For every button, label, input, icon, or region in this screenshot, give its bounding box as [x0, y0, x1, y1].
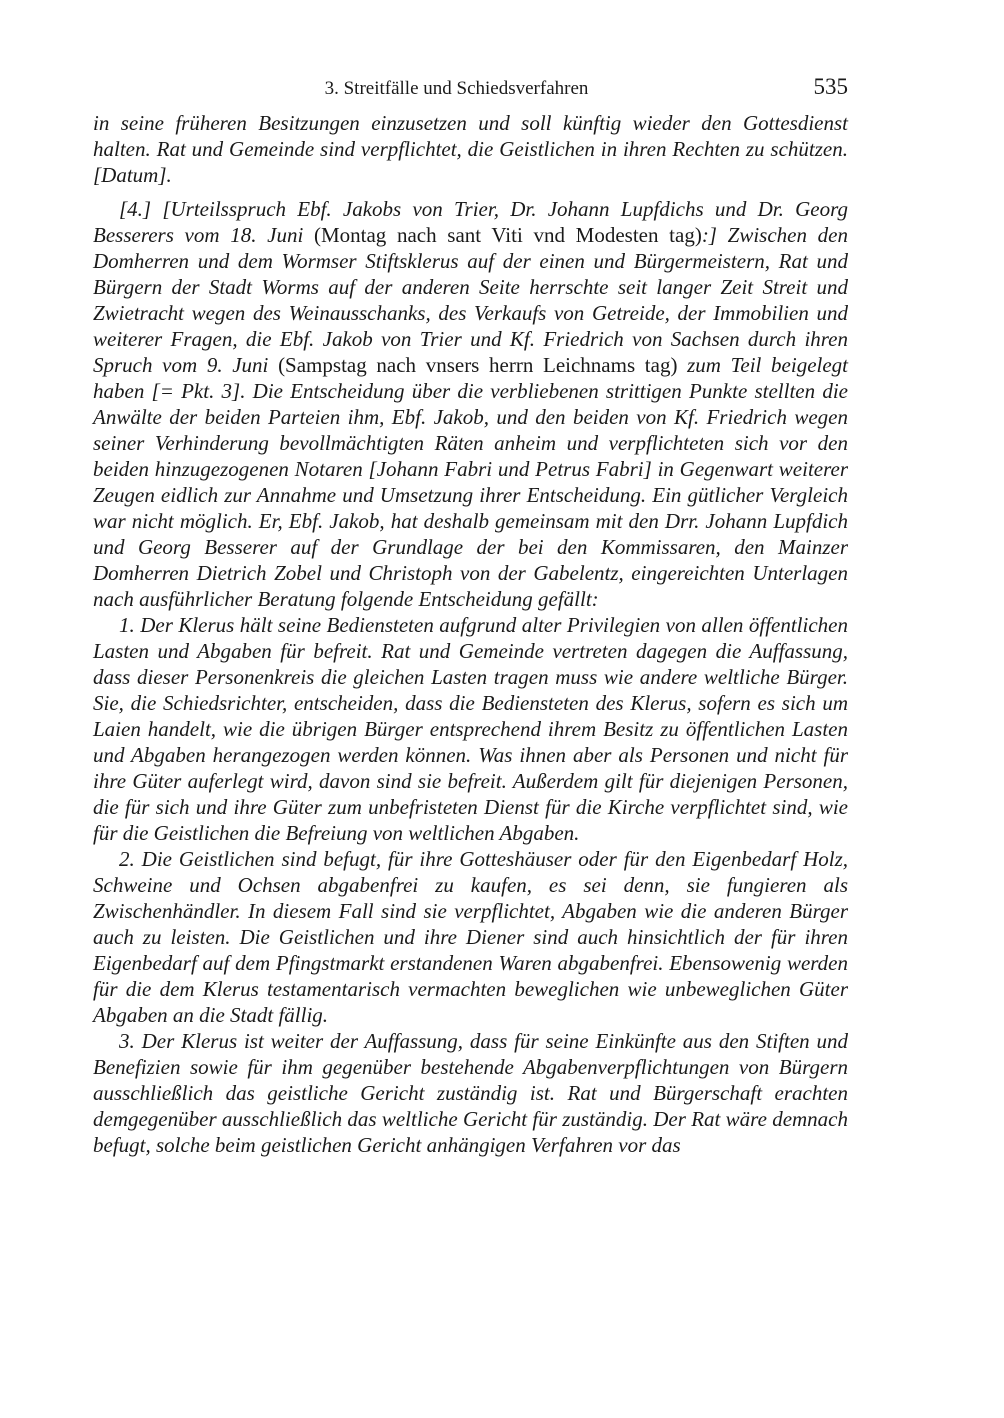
text-segment: zum Teil beigelegt haben [= Pkt. 3]. Die…: [93, 353, 848, 611]
running-header: 3. Streitfälle und Schiedsverfahren 535: [93, 76, 848, 110]
text-segment: in seine früheren Besitzungen einzusetze…: [93, 111, 848, 187]
paragraph-point-1: 1. Der Klerus hält seine Bediensteten au…: [93, 612, 848, 846]
book-page: 3. Streitfälle und Schiedsverfahren 535 …: [93, 76, 848, 1158]
paragraph-point-2: 2. Die Geistlichen sind befugt, für ihre…: [93, 846, 848, 1028]
body-text: in seine früheren Besitzungen einzusetze…: [93, 110, 848, 1158]
paragraph-continuation: in seine früheren Besitzungen einzusetze…: [93, 110, 848, 188]
paragraph-judgment-4: [4.] [Urteilsspruch Ebf. Jakobs von Trie…: [93, 196, 848, 612]
text-segment: 3. Der Klerus ist weiter der Auffassung,…: [93, 1029, 848, 1157]
source-quote: (Montag nach sant Viti vnd Modesten tag): [314, 223, 702, 247]
source-quote: (Sampstag nach vnsers herrn Leichnams ta…: [278, 353, 677, 377]
page-number: 535: [814, 74, 849, 100]
running-title: 3. Streitfälle und Schiedsverfahren: [93, 78, 848, 100]
text-segment: 2. Die Geistlichen sind befugt, für ihre…: [93, 847, 848, 1027]
paragraph-point-3: 3. Der Klerus ist weiter der Auffassung,…: [93, 1028, 848, 1158]
text-segment: 1. Der Klerus hält seine Bediensteten au…: [93, 613, 848, 845]
